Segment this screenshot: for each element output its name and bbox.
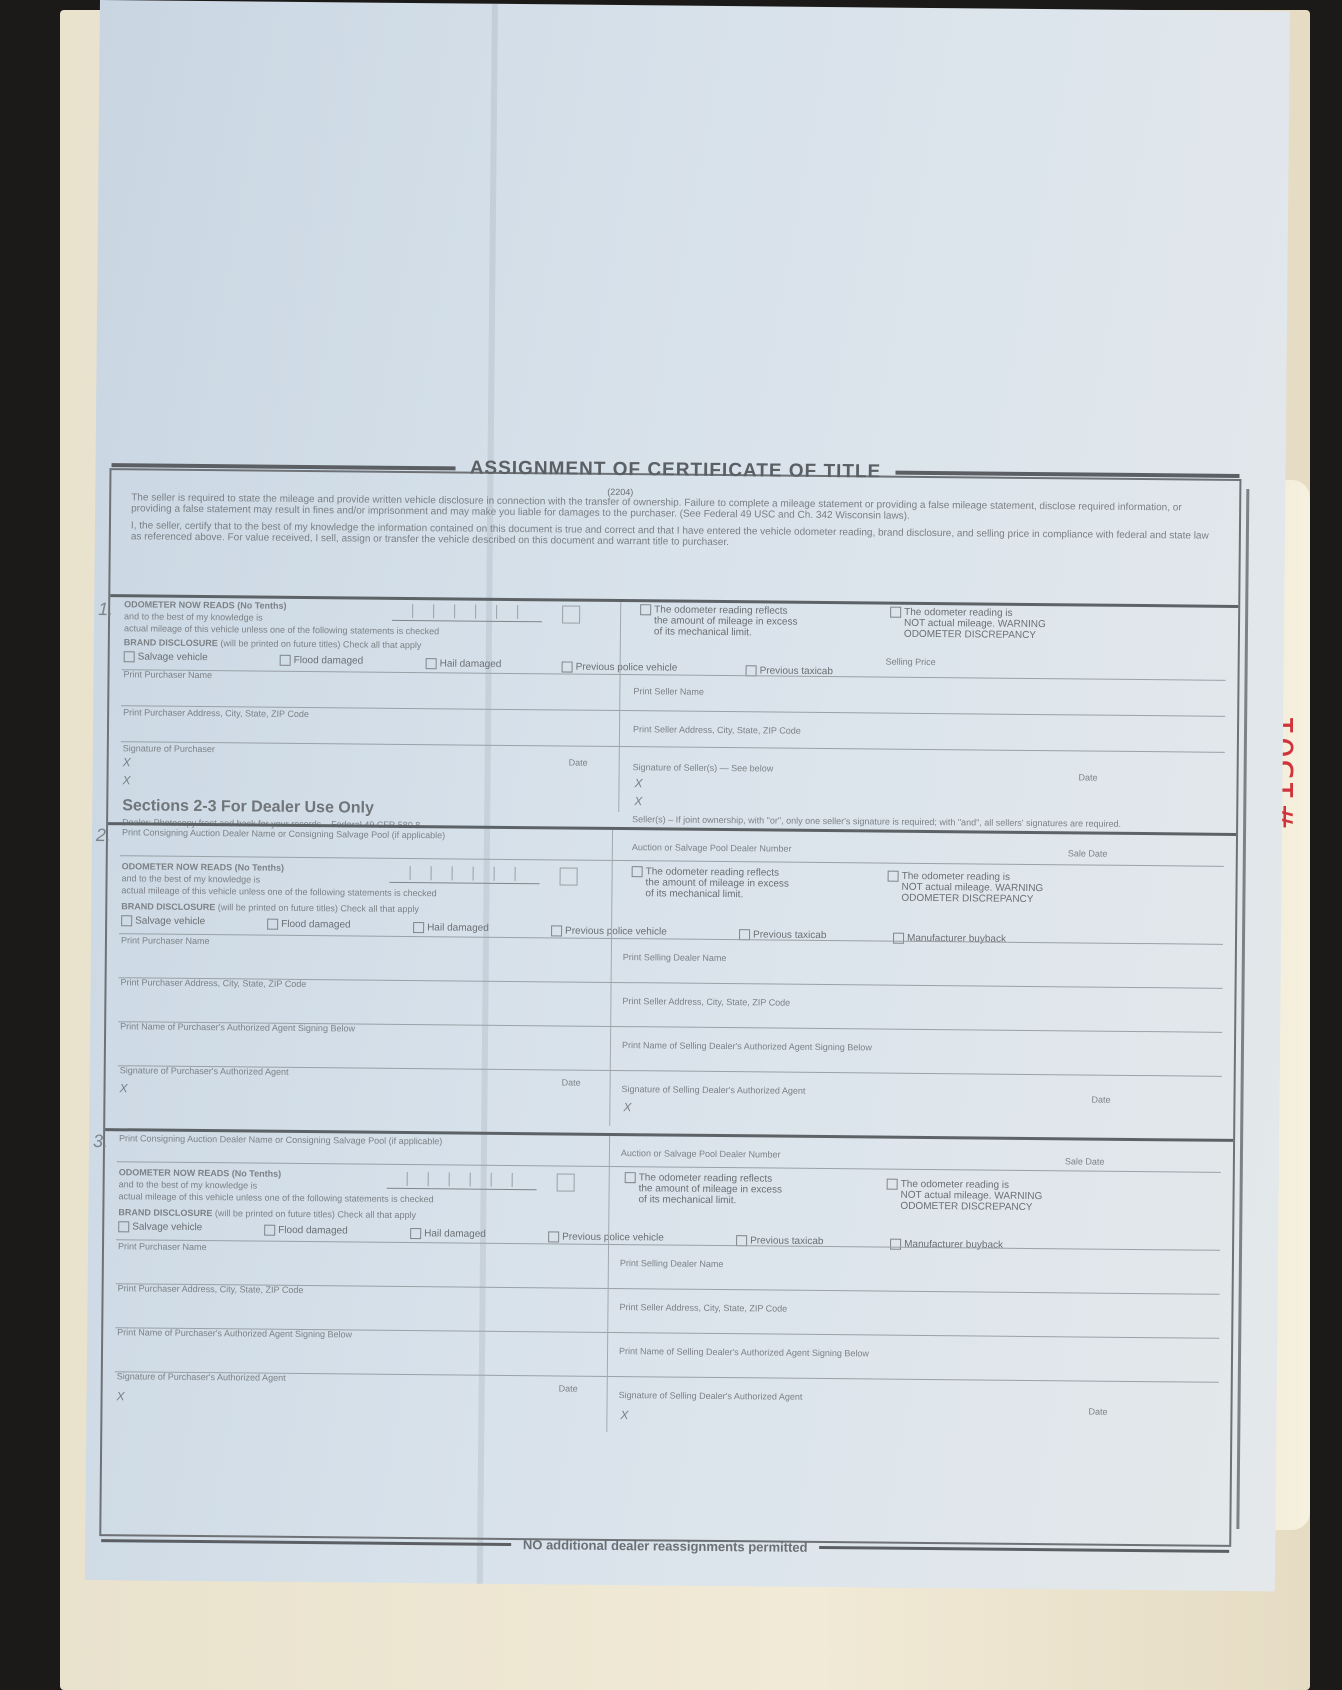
hail-checkbox[interactable]: [426, 658, 437, 669]
dealer-agent-x: X: [623, 1100, 631, 1114]
form-code: (2204): [607, 487, 633, 497]
purchaser-name-label: Print Purchaser Name: [121, 935, 210, 946]
footer-notice: NO additional dealer reassignments permi…: [511, 1537, 820, 1555]
seller-address-label: Print Seller Address, City, State, ZIP C…: [633, 724, 801, 736]
odometer-heading: ODOMETER NOW READS: [124, 599, 235, 610]
consigning-dealer-label: Print Consigning Auction Dealer Name or …: [122, 827, 445, 840]
purchaser-agent-x: X: [117, 1389, 125, 1403]
dealer-name-label: Print Selling Dealer Name: [623, 952, 727, 963]
intro-text: The seller is required to state the mile…: [131, 492, 1221, 558]
selling-price-label: Selling Price: [886, 657, 936, 667]
title-rule-left: [112, 463, 456, 470]
purchaser-address-label: Print Purchaser Address, City, State, ZI…: [121, 977, 307, 989]
dealer-date-label: Date: [1091, 1095, 1110, 1105]
odometer-note: (No Tenths): [237, 600, 286, 610]
odometer-tenth-box: [560, 867, 578, 885]
purchaser-signature-label: Signature of Purchaser: [123, 743, 215, 754]
sale-date-label: Sale Date: [1068, 848, 1108, 858]
dealer-agent-name-label: Print Name of Selling Dealer's Authorize…: [622, 1040, 872, 1052]
seller-date-label: Date: [1079, 772, 1098, 782]
brand-heading: BRAND DISCLOSURE: [124, 637, 218, 648]
purchaser-name-label: Print Purchaser Name: [123, 669, 212, 680]
form-title: ASSIGNMENT OF CERTIFICATE OF TITLE: [456, 457, 896, 483]
purchaser-address-label: Print Purchaser Address, City, State, ZI…: [118, 1283, 304, 1295]
hail-checkbox[interactable]: [410, 1228, 421, 1239]
purchaser-agent-name-label: Print Name of Purchaser's Authorized Age…: [117, 1327, 352, 1339]
flood-checkbox[interactable]: [267, 919, 278, 930]
police-checkbox[interactable]: [551, 925, 562, 936]
section-number: 1.: [98, 599, 113, 620]
section-number: 3.: [93, 1131, 108, 1152]
hail-checkbox[interactable]: [413, 922, 424, 933]
warning-paragraph: The seller is required to state the mile…: [131, 492, 1221, 524]
salvage-checkbox[interactable]: [118, 1221, 129, 1232]
section-number: 2.: [96, 825, 111, 846]
purchaser-date-label: Date: [562, 1077, 581, 1087]
dealer-agent-signature-label: Signature of Selling Dealer's Authorized…: [622, 1084, 806, 1096]
flood-checkbox[interactable]: [264, 1225, 275, 1236]
purchaser-name-label: Print Purchaser Name: [118, 1241, 207, 1252]
flood-checkbox[interactable]: [280, 655, 291, 666]
joint-ownership-note: Seller(s) – If joint ownership, with "or…: [632, 814, 1152, 829]
title-document-page: ASSIGNMENT OF CERTIFICATE OF TITLE (2204…: [85, 0, 1290, 1591]
seller-signature-x-2: X: [634, 794, 642, 808]
section-2: 2. Print Consigning Auction Dealer Name …: [105, 822, 1236, 1136]
odometer-reading-field[interactable]: [390, 866, 540, 884]
buyback-checkbox[interactable]: [893, 933, 904, 944]
purchaser-address-label: Print Purchaser Address, City, State, ZI…: [123, 707, 309, 719]
dealer-agent-name-label: Print Name of Selling Dealer's Authorize…: [619, 1346, 869, 1358]
purchaser-agent-name-label: Print Name of Purchaser's Authorized Age…: [120, 1021, 355, 1033]
odometer-reading-field[interactable]: [392, 604, 542, 622]
dealer-agent-x: X: [620, 1408, 628, 1422]
salvage-checkbox[interactable]: [124, 651, 135, 662]
footer-rule-right: [819, 1546, 1229, 1553]
footer-rule-left: [101, 1539, 511, 1546]
odometer-reading-field[interactable]: [387, 1172, 537, 1190]
seller-name-label: Print Seller Name: [633, 686, 704, 697]
odometer-tenth-box: [562, 605, 580, 623]
not-actual-checkbox[interactable]: [888, 871, 899, 882]
auction-number-label: Auction or Salvage Pool Dealer Number: [621, 1148, 781, 1160]
certification-paragraph: I, the seller, certify that to the best …: [131, 520, 1221, 552]
title-rule-right: [895, 471, 1239, 478]
seller-address-label: Print Seller Address, City, State, ZIP C…: [619, 1302, 787, 1314]
section-1: 1. ODOMETER NOW READS (No Tenths) and to…: [108, 594, 1238, 824]
purchaser-signature-x: X: [123, 755, 131, 769]
sale-date-label: Sale Date: [1065, 1156, 1105, 1166]
purchaser-date-label: Date: [569, 758, 588, 768]
seller-signature-x: X: [634, 776, 642, 790]
odometer-line2: and to the best of my knowledge is: [124, 611, 263, 622]
purchaser-date-label: Date: [559, 1383, 578, 1393]
auction-number-label: Auction or Salvage Pool Dealer Number: [632, 842, 792, 854]
dealer-date-label: Date: [1088, 1407, 1107, 1417]
police-checkbox[interactable]: [562, 661, 573, 672]
odometer-tenth-box: [557, 1173, 575, 1191]
salvage-checkbox[interactable]: [121, 915, 132, 926]
police-checkbox[interactable]: [548, 1231, 559, 1242]
not-actual-checkbox[interactable]: [887, 1179, 898, 1190]
excess-checkbox[interactable]: [632, 866, 643, 877]
odometer-line3: actual mileage of this vehicle unless on…: [124, 623, 439, 636]
consigning-dealer-label: Print Consigning Auction Dealer Name or …: [119, 1133, 442, 1146]
section-3: 3. Print Consigning Auction Dealer Name …: [102, 1128, 1233, 1442]
dealer-name-label: Print Selling Dealer Name: [620, 1258, 724, 1269]
seller-address-label: Print Seller Address, City, State, ZIP C…: [622, 996, 790, 1008]
purchaser-signature-x-2: X: [122, 773, 130, 787]
excess-checkbox[interactable]: [625, 1172, 636, 1183]
excess-checkbox[interactable]: [640, 604, 651, 615]
purchaser-agent-signature-label: Signature of Purchaser's Authorized Agen…: [120, 1065, 289, 1077]
buyback-checkbox[interactable]: [890, 1239, 901, 1250]
dealer-agent-signature-label: Signature of Selling Dealer's Authorized…: [619, 1390, 803, 1402]
dealer-use-heading: Sections 2-3 For Dealer Use Only: [122, 797, 374, 817]
purchaser-agent-x: X: [119, 1081, 127, 1095]
assignment-form: ASSIGNMENT OF CERTIFICATE OF TITLE (2204…: [99, 468, 1241, 1547]
purchaser-agent-signature-label: Signature of Purchaser's Authorized Agen…: [117, 1371, 286, 1383]
seller-signature-label: Signature of Seller(s) — See below: [633, 762, 774, 773]
not-actual-checkbox[interactable]: [890, 607, 901, 618]
brand-note: (will be printed on future titles) Check…: [220, 638, 421, 650]
